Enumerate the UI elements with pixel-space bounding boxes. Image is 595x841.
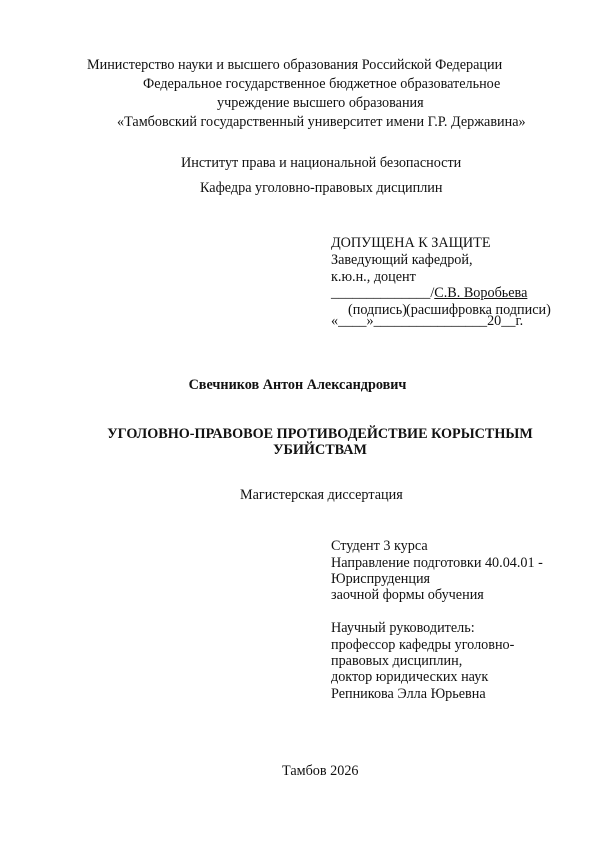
supervisor-label: Научный руководитель: (331, 620, 475, 637)
thesis-title-line-2: УБИЙСТВАМ (0, 442, 595, 459)
approval-degree: к.ю.н., доцент (331, 269, 416, 286)
thesis-title-text-2: УБИЙСТВАМ (0, 442, 595, 459)
department-name: Кафедра уголовно-правовых дисциплин (200, 180, 442, 197)
institution-line-1: Федеральное государственное бюджетное об… (143, 76, 500, 93)
thesis-title-line-1: УГОЛОВНО-ПРАВОВОЕ ПРОТИВОДЕЙСТВИЕ КОРЫСТ… (0, 426, 595, 443)
study-form: заочной формы обучения (331, 587, 484, 604)
supervisor-position-2: правовых дисциплин, (331, 653, 462, 670)
university-name: «Тамбовский государственный университет … (117, 114, 526, 131)
thesis-title-text-1: УГОЛОВНО-ПРАВОВОЕ ПРОТИВОДЕЙСТВИЕ КОРЫСТ… (0, 426, 595, 443)
student-course: Студент 3 курса (331, 538, 428, 555)
approval-date-line: «____»________________20__г. (331, 313, 523, 330)
signature-blank: ______________/ (331, 285, 434, 301)
study-direction: Направление подготовки 40.04.01 - (331, 555, 543, 572)
work-type: Магистерская диссертация (240, 487, 403, 504)
approval-position: Заведующий кафедрой, (331, 252, 473, 269)
signature-line: ______________/С.В. Воробьева (331, 285, 527, 302)
city-year: Тамбов 2026 (282, 763, 359, 780)
supervisor-degree: доктор юридических наук (331, 669, 488, 686)
study-specialty: Юриспруденция (331, 571, 430, 588)
ministry-name: Министерство науки и высшего образования… (87, 57, 502, 74)
institution-line-2: учреждение высшего образования (217, 95, 424, 112)
author-name-text: Свечников Антон Александрович (0, 377, 595, 394)
approval-title: ДОПУЩЕНА К ЗАЩИТЕ (331, 235, 491, 252)
institute-name: Институт права и национальной безопаснос… (181, 155, 461, 172)
supervisor-name: Репникова Элла Юрьевна (331, 686, 486, 703)
title-page: Министерство науки и высшего образования… (0, 0, 595, 841)
author-name: Свечников Антон Александрович (0, 377, 595, 394)
signer-name: С.В. Воробьева (434, 285, 527, 301)
supervisor-position-1: профессор кафедры уголовно- (331, 637, 514, 654)
